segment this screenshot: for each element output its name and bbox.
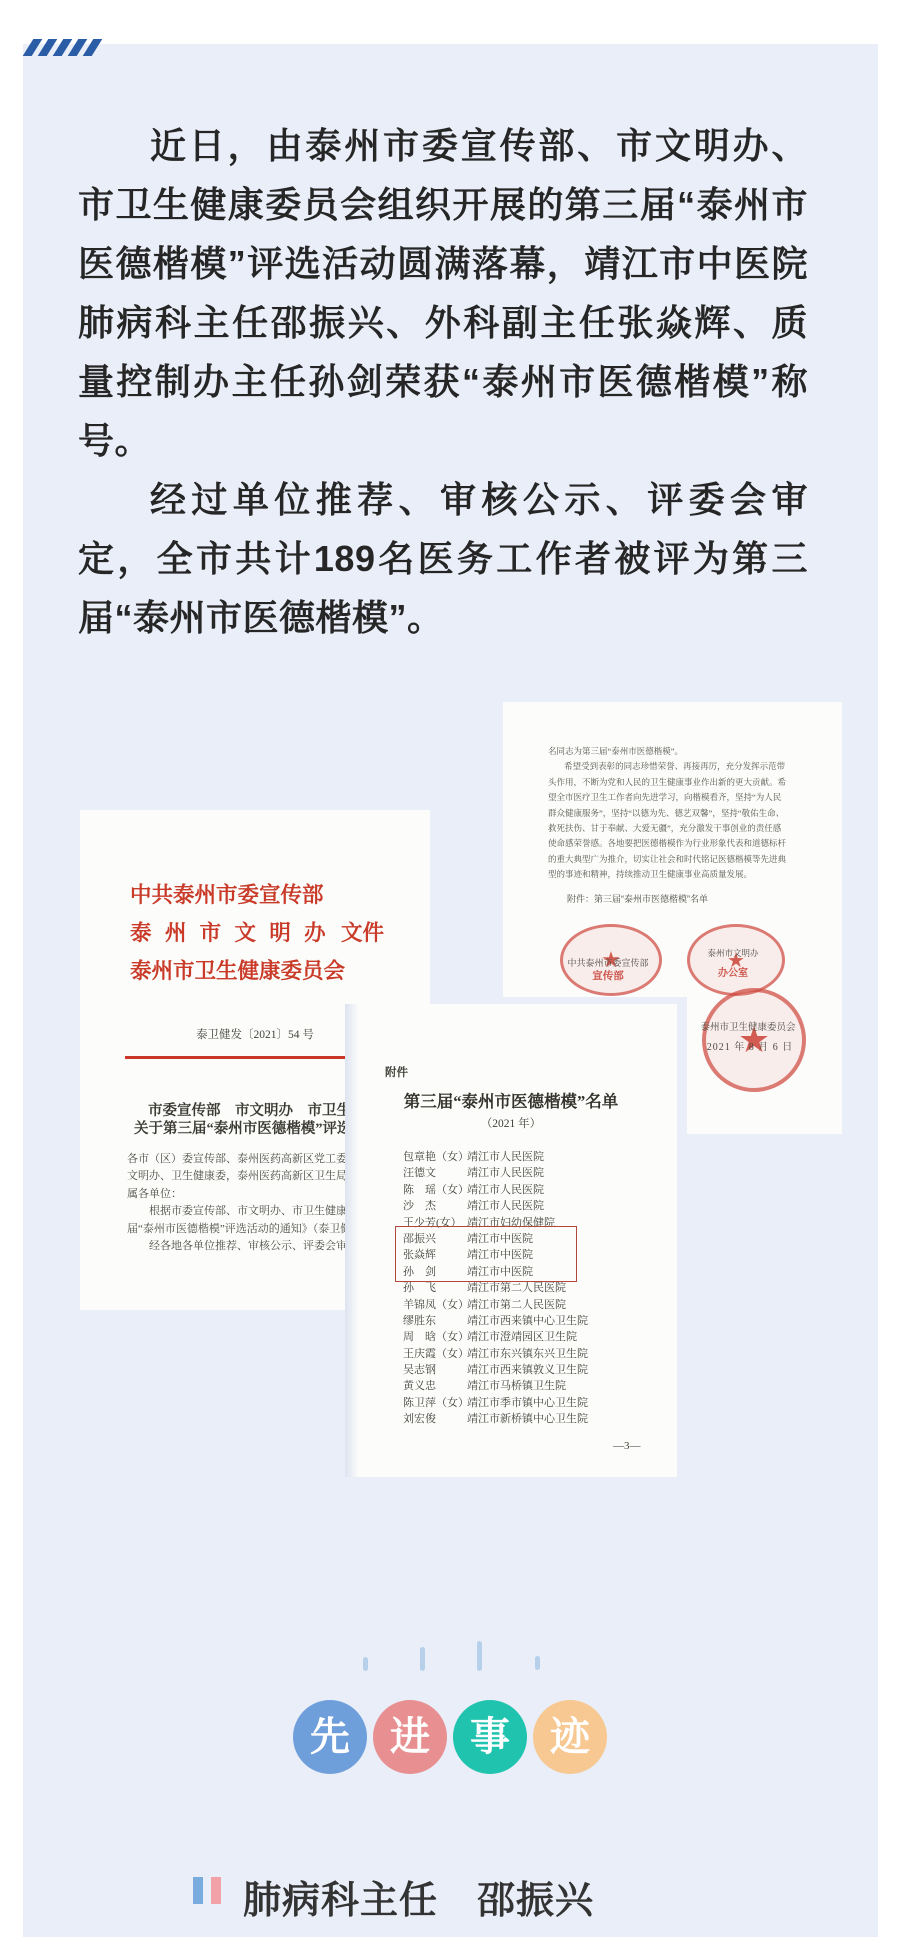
doc-letter-attachment: 附件：第三届“泰州市医德楷模”名单: [567, 892, 708, 905]
tick-mark-icon: [363, 1657, 368, 1671]
namelist-title: 第三届“泰州市医德楷模”名单: [345, 1088, 677, 1112]
article-paragraph-1: 近日，由泰州市委宣传部、市文明办、市卫生健康委员会组织开展的第三届“泰州市医德楷…: [78, 116, 808, 470]
badges-row: 先进事迹: [0, 1700, 900, 1774]
namelist-hospital: 靖江市马桥镇卫生院: [467, 1380, 566, 1392]
stamp2-signer-label: 泰州市文明办: [690, 947, 776, 959]
namelist-person-name: 刘宏俊: [403, 1411, 467, 1427]
paragraph-line: 号。: [78, 411, 808, 470]
badge-circle: 先: [293, 1700, 367, 1774]
paragraph-line: 量控制办主任孙剑荣获“泰州市医德楷模”称: [78, 352, 808, 411]
namelist-person-name: 羊锦凤（女）: [403, 1297, 467, 1313]
namelist-row: 陈卫萍（女）靖江市季市镇中心卫生院: [403, 1395, 663, 1411]
doc-letter-line: 群众健康服务”，坚持“以德为先、德艺双馨”，坚持“敬佑生命、: [548, 806, 798, 821]
paragraph-line: 经过单位推荐、审核公示、评委会审: [78, 470, 808, 529]
namelist-hospital: 靖江市人民医院: [467, 1184, 544, 1196]
accent-bar-blue-icon: [193, 1877, 203, 1904]
paragraph-line: 届“泰州市医德楷模”。: [78, 588, 808, 647]
namelist-person-name: 周 晗（女）: [403, 1329, 467, 1345]
article-paragraph-2: 经过单位推荐、审核公示、评委会审定，全市共计189名医务工作者被评为第三届“泰州…: [78, 470, 808, 647]
namelist-hospital: 靖江市澄靖园区卫生院: [467, 1331, 577, 1343]
namelist-row: 包章艳（女）靖江市人民医院: [403, 1149, 663, 1165]
doc-letter-image: 名同志为第三届“泰州市医德楷模”。希望受到表彰的同志珍惜荣誉、再接再厉，充分发挥…: [503, 702, 842, 997]
badge-circle: 进: [373, 1700, 447, 1774]
doc-letter-text: 名同志为第三届“泰州市医德楷模”。希望受到表彰的同志珍惜荣誉、再接再厉，充分发挥…: [548, 744, 798, 883]
namelist-person-name: 王庆霞（女）: [403, 1346, 467, 1362]
doc-letter-line: 头作用，不断为党和人民的卫生健康事业作出新的更大贡献。希: [548, 775, 798, 790]
paragraph-line: 肺病科主任邵振兴、外科副主任张焱辉、质: [78, 293, 808, 352]
redhead-org-line-3: 泰州市卫生健康委员会: [130, 952, 390, 990]
namelist-row: 孙 飞靖江市第二人民医院: [403, 1280, 663, 1296]
namelist-row: 周 晗（女）靖江市澄靖园区卫生院: [403, 1329, 663, 1345]
doc-letter-line: 的重大典型广为推介，切实让社会和时代铭记医德楷模等先进典: [548, 852, 798, 867]
accent-bar-pink-icon: [211, 1877, 221, 1904]
doc-letter-line: 使命感荣誉感。各地要把医德楷模作为行业形象代表和道德标杆: [548, 836, 798, 851]
namelist-person-name: 黄义忠: [403, 1378, 467, 1394]
namelist-person-name: 缪胜东: [403, 1313, 467, 1329]
namelist-highlight-box: [395, 1226, 577, 1282]
namelist-row: 羊锦凤（女）靖江市第二人民医院: [403, 1297, 663, 1313]
doc-namelist-image: 附件 第三届“泰州市医德楷模”名单 （2021 年） 包章艳（女）靖江市人民医院…: [345, 1004, 677, 1477]
redhead-org-line-1: 中共泰州市委宣传部: [130, 876, 390, 914]
namelist-hospital: 靖江市东兴镇东兴卫生院: [467, 1348, 588, 1360]
namelist-person-name: 包章艳（女）: [403, 1149, 467, 1165]
redhead-org-name: 泰州市文明办: [130, 914, 339, 952]
paragraph-line: 近日，由泰州市委宣传部、市文明办、: [78, 116, 808, 175]
article-body: 近日，由泰州市委宣传部、市文明办、市卫生健康委员会组织开展的第三届“泰州市医德楷…: [78, 116, 808, 647]
namelist-row: 刘宏俊靖江市新桥镇中心卫生院: [403, 1411, 663, 1427]
namelist-person-name: 孙 飞: [403, 1280, 467, 1296]
paragraph-line: 市卫生健康委员会组织开展的第三届“泰州市: [78, 175, 808, 234]
page: 近日，由泰州市委宣传部、市文明办、市卫生健康委员会组织开展的第三届“泰州市医德楷…: [0, 0, 900, 1937]
footer-section-title: 肺病科主任 邵振兴: [243, 1879, 594, 1923]
namelist-attachment-label: 附件: [385, 1064, 408, 1080]
namelist-row: 吴志钢靖江市西来镇敦义卫生院: [403, 1362, 663, 1378]
tick-mark-icon: [420, 1647, 425, 1671]
doc-letter-line: 救死扶伤、甘于奉献、大爱无疆”，充分激发干事创业的责任感: [548, 821, 798, 836]
namelist-rows: 包章艳（女）靖江市人民医院汪德文靖江市人民医院陈 瑶（女）靖江市人民医院沙 杰靖…: [403, 1149, 663, 1428]
namelist-person-name: 汪德文: [403, 1165, 467, 1181]
namelist-hospital: 靖江市季市镇中心卫生院: [467, 1397, 588, 1409]
tick-mark-icon: [535, 1656, 540, 1670]
namelist-hospital: 靖江市第二人民医院: [467, 1299, 566, 1311]
namelist-hospital: 靖江市新桥镇中心卫生院: [467, 1413, 588, 1425]
redhead-org-line-2: 泰州市文明办 文件: [130, 914, 390, 952]
namelist-year: （2021 年）: [345, 1115, 677, 1131]
stamp1-inner-text: 宣传部: [560, 968, 656, 983]
namelist-row: 沙 杰靖江市人民医院: [403, 1198, 663, 1214]
badge-circle: 事: [453, 1700, 527, 1774]
namelist-hospital: 靖江市人民医院: [467, 1167, 544, 1179]
doc-letter-line: 希望受到表彰的同志珍惜荣誉、再接再厉，充分发挥示范带: [548, 759, 798, 774]
badge-circle: 迹: [533, 1700, 607, 1774]
redhead-org-block: 中共泰州市委宣传部 泰州市文明办 文件 泰州市卫生健康委员会: [130, 876, 390, 990]
namelist-row: 陈 瑶（女）靖江市人民医院: [403, 1182, 663, 1198]
stamp3-signer-label: 泰州市卫生健康委员会: [682, 1019, 814, 1033]
stripes-decoration: [28, 39, 118, 56]
stamp3-date-label: 2021 年 8 月 6 日: [692, 1038, 808, 1053]
namelist-row: 王庆霞（女）靖江市东兴镇东兴卫生院: [403, 1346, 663, 1362]
namelist-hospital: 靖江市人民医院: [467, 1200, 544, 1212]
doc-letter-line: 望全市医疗卫生工作者向先进学习，向楷模看齐，坚持“为人民: [548, 790, 798, 805]
namelist-row: 缪胜东靖江市西来镇中心卫生院: [403, 1313, 663, 1329]
tick-mark-icon: [477, 1641, 482, 1671]
namelist-hospital: 靖江市西来镇敦义卫生院: [467, 1364, 588, 1376]
namelist-hospital: 靖江市西来镇中心卫生院: [467, 1315, 588, 1327]
redhead-doc-word: 文件: [341, 914, 384, 952]
namelist-person-name: 陈 瑶（女）: [403, 1182, 467, 1198]
namelist-page-number: —3—: [613, 1440, 641, 1452]
stamp2-inner-text: 办公室: [687, 964, 779, 979]
stamp-civilization-office-icon: ★: [687, 924, 785, 996]
namelist-person-name: 陈卫萍（女）: [403, 1395, 467, 1411]
doc-letter-line: 名同志为第三届“泰州市医德楷模”。: [548, 744, 798, 759]
namelist-hospital: 靖江市人民医院: [467, 1151, 544, 1163]
doc-letter-line: 型的事迹和精神，持续推动卫生健康事业高质量发展。: [548, 867, 798, 882]
paragraph-line: 医德楷模”评选活动圆满落幕，靖江市中医院: [78, 234, 808, 293]
namelist-hospital: 靖江市第二人民医院: [467, 1282, 566, 1294]
namelist-row: 汪德文靖江市人民医院: [403, 1165, 663, 1181]
namelist-person-name: 沙 杰: [403, 1198, 467, 1214]
paragraph-line: 定，全市共计189名医务工作者被评为第三: [78, 529, 808, 588]
namelist-row: 黄义忠靖江市马桥镇卫生院: [403, 1378, 663, 1394]
namelist-person-name: 吴志钢: [403, 1362, 467, 1378]
